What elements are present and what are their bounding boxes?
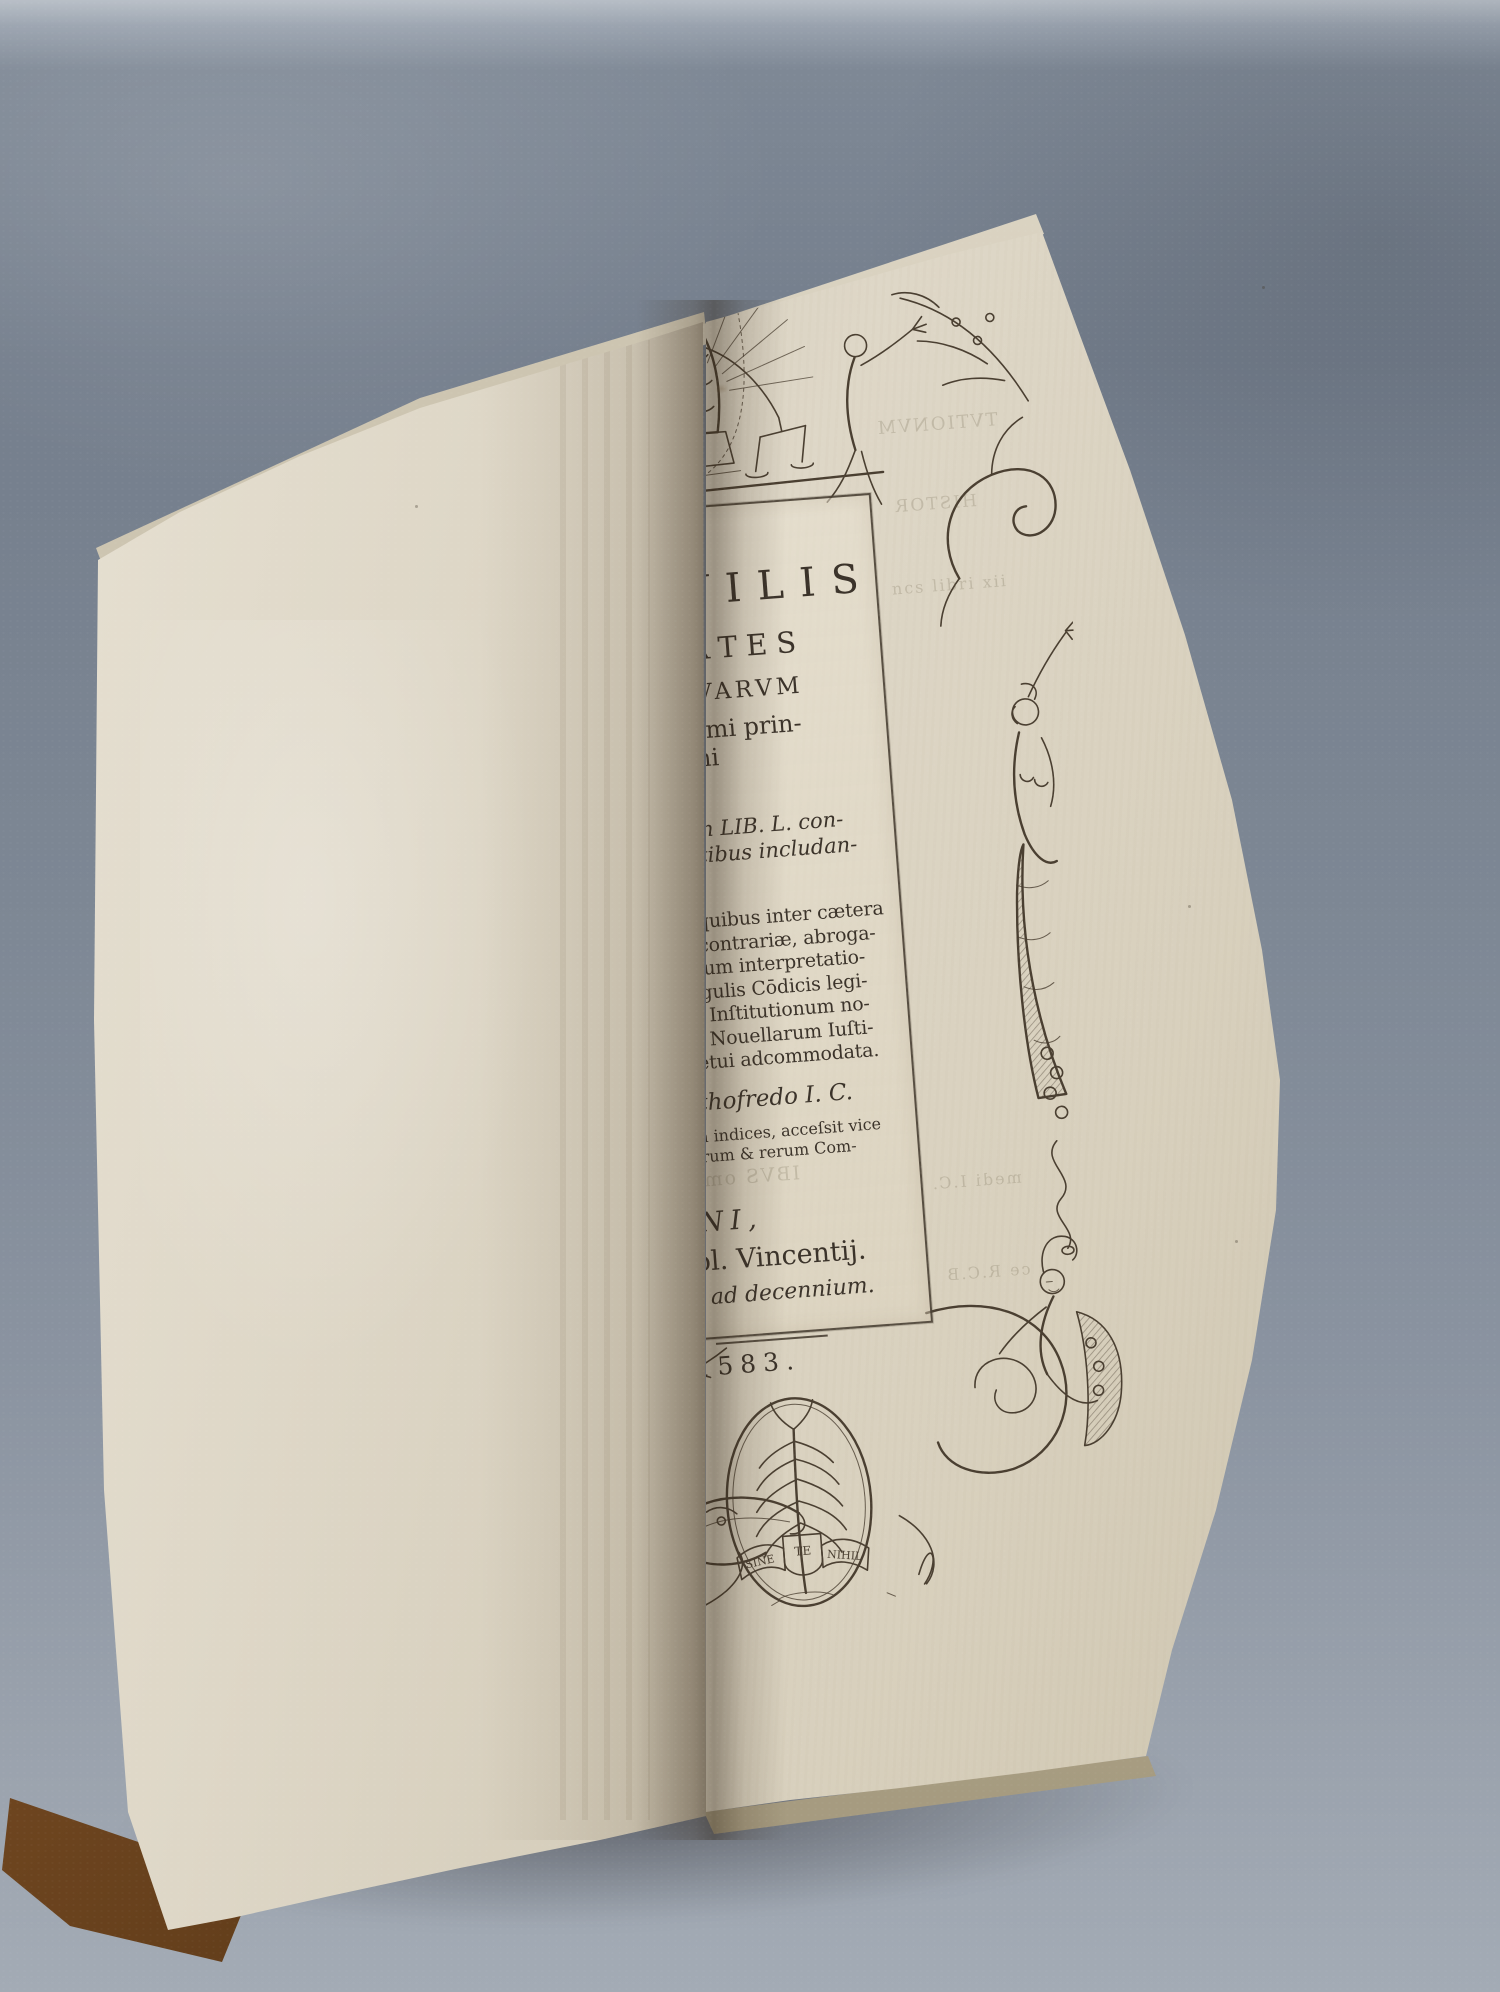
motto-top: TE [794, 1543, 812, 1558]
motto-left: SINE [744, 1552, 776, 1571]
photograph-of-open-book: TE SINE NIHIL [0, 0, 1500, 1992]
scales-icon [742, 415, 814, 478]
dust-speck [1235, 1240, 1238, 1243]
putto-right [814, 316, 939, 508]
dust-speck [1188, 905, 1191, 908]
scroll-cap-right [926, 415, 1064, 626]
floral-corner-right [892, 284, 1028, 410]
motto-right: NIHIL [827, 1548, 864, 1563]
page-creases [560, 340, 650, 1820]
dust-speck [415, 505, 418, 508]
printer-device-medallion: TE SINE NIHIL [720, 1392, 896, 1611]
corner-cartouche-right [1075, 1309, 1127, 1446]
dust-speck [1262, 286, 1265, 289]
